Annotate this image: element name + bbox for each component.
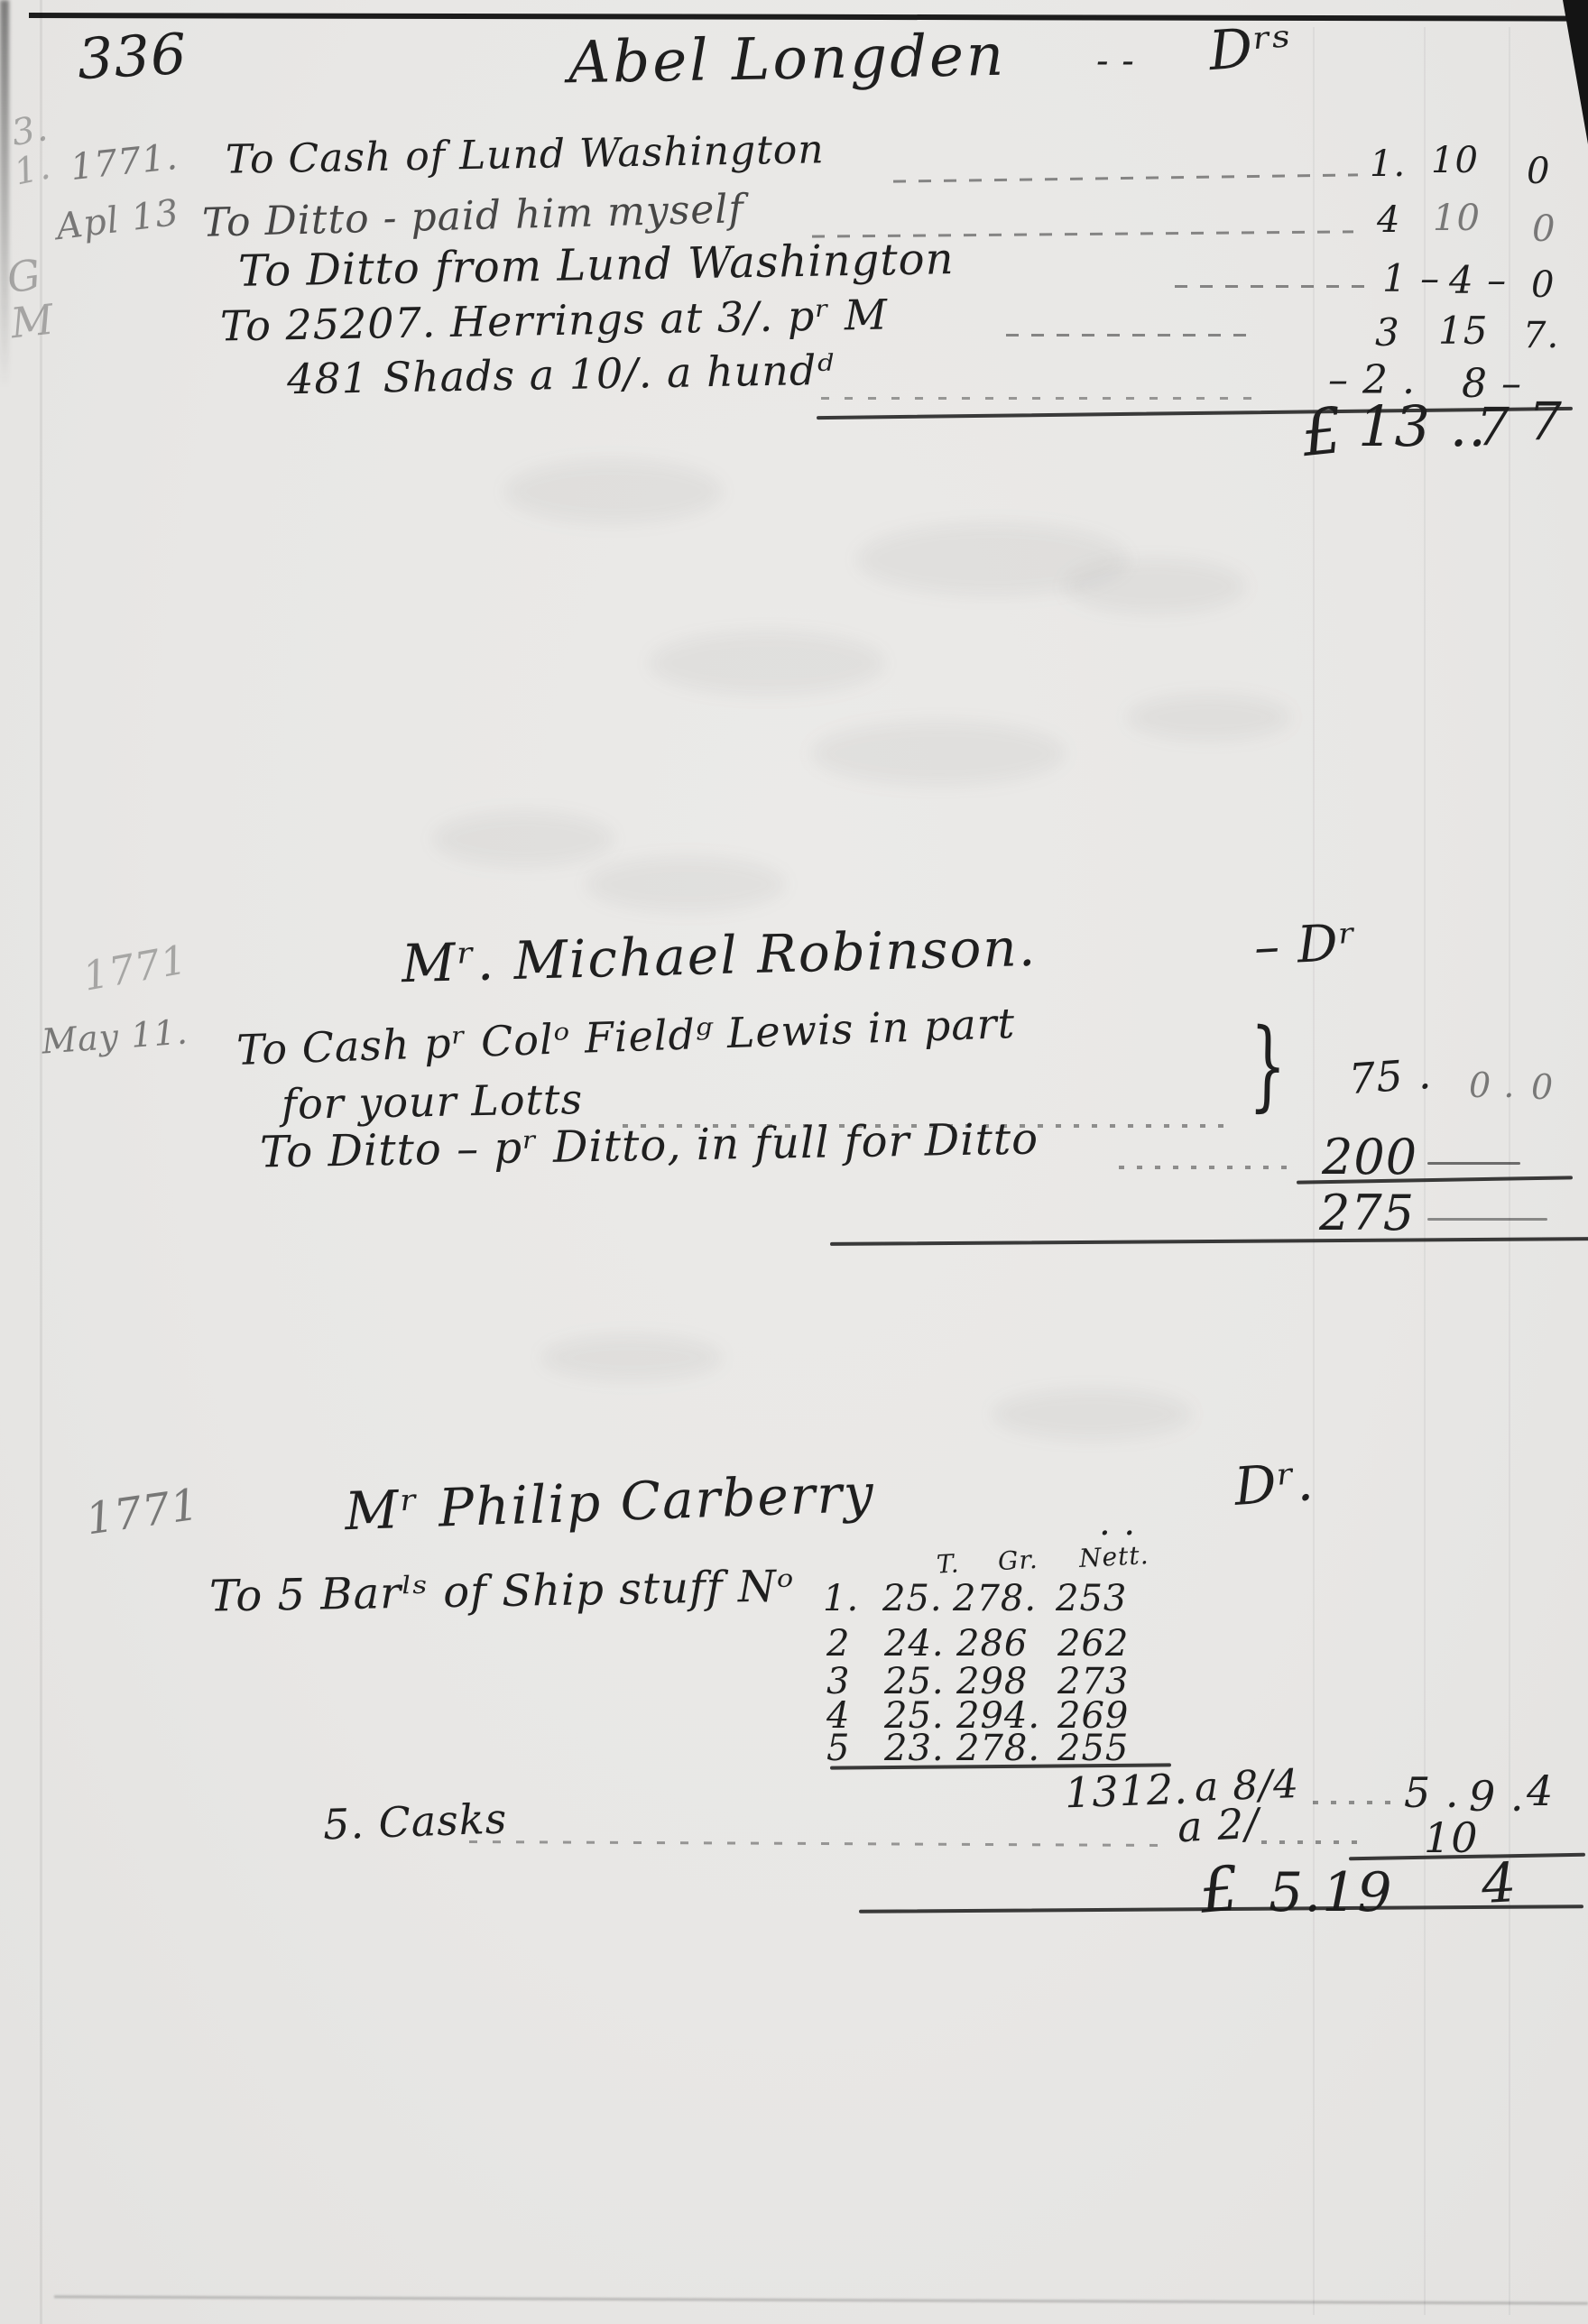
ink-smudge [505, 460, 722, 523]
weights-row-tare: 24. [884, 1626, 945, 1662]
amount-pence: 4 [1527, 1770, 1554, 1812]
weights-header-nett: Nett. [1078, 1543, 1149, 1572]
leader-line [1119, 1166, 1299, 1169]
entry-desc: To 25207. Herrings at 3/. pʳ M [220, 294, 889, 347]
leader-line [1261, 1840, 1361, 1844]
total-pounds: 275 [1319, 1189, 1415, 1238]
account-year: 1771 [83, 1482, 202, 1541]
weights-row-gross: 286 [956, 1626, 1028, 1662]
amount-pounds: 4 [1377, 202, 1400, 238]
amount-pounds: 1 – [1382, 260, 1440, 298]
amount-shillings: 0 . [1469, 1068, 1515, 1102]
entry-desc: 5. Casks [322, 1797, 508, 1845]
title-dash: . . [1099, 1505, 1136, 1541]
weights-row-tare: 23. [884, 1730, 945, 1766]
debit-mark: Dʳ. [1233, 1455, 1316, 1513]
ink-smudge [586, 857, 785, 911]
blank-dash [1427, 1162, 1520, 1165]
page-corner-shadow [1563, 0, 1588, 144]
weights-row-gross: 278. [953, 1581, 1037, 1617]
account-title-robinson: Mʳ. Michael Robinson. [401, 921, 1037, 990]
weights-row-nett: 255 [1057, 1730, 1129, 1766]
weights-row-num: 5 [826, 1730, 850, 1766]
amount-shillings: 9 . [1469, 1775, 1525, 1817]
amount-pounds: 1. [1370, 146, 1406, 182]
total-rule [830, 1237, 1588, 1246]
ink-smudge [992, 1389, 1191, 1439]
total-pounds: 13 .. [1358, 399, 1487, 455]
amount-shillings: 15 [1438, 312, 1488, 350]
weights-row-nett: 262 [1057, 1626, 1129, 1662]
amount-pence: 0 [1527, 153, 1550, 189]
weights-row-nett: 253 [1056, 1581, 1127, 1617]
amount-shillings: 4 – [1449, 262, 1507, 300]
currency-sign: £ [1298, 399, 1346, 466]
paper-bottom-edge [54, 2295, 1588, 2304]
curly-brace: } [1249, 1017, 1288, 1117]
amount-shillings: 10 [1424, 1817, 1479, 1858]
weights-row-num: 1. [823, 1581, 859, 1617]
weights-sum: 1312. [1064, 1768, 1188, 1814]
amount-shillings: 10 [1433, 200, 1481, 236]
amount-pence: 0 [1531, 1070, 1554, 1104]
weights-row-gross: 278. [956, 1730, 1040, 1766]
entry-date: Apl 13 [54, 195, 181, 245]
weights-row-tare: 25. [882, 1581, 943, 1617]
amount-pounds: 75 . [1348, 1053, 1434, 1100]
leader-line [893, 173, 1358, 182]
total-pence: 4 [1480, 1856, 1518, 1912]
ink-smudge [650, 632, 884, 695]
ink-smudge [433, 812, 614, 866]
ink-smudge [1065, 559, 1245, 613]
amount-pounds: 3 [1375, 314, 1400, 352]
money-column-rule [1424, 27, 1426, 2315]
amount-pence: 0 [1532, 211, 1556, 247]
entry-desc-line2: for your Lotts [282, 1078, 584, 1125]
ink-smudge [812, 722, 1065, 785]
entry-desc: 481 Shads a 10/. a hundᵈ [287, 349, 835, 401]
amount-pence: 0 [1531, 267, 1555, 303]
amount-pounds: 5 . [1404, 1772, 1460, 1813]
entry-desc: To 5 Barˡˢ of Ship stuff Nᵒ [209, 1564, 795, 1618]
account-title-carberry: Mʳ Philip Carberry [344, 1467, 876, 1537]
weights-row-gross: 298 [956, 1664, 1028, 1700]
leader-line [1175, 285, 1364, 288]
entry-date: May 11. [41, 1014, 189, 1058]
weights-row-num: 3 [826, 1664, 850, 1700]
blank-dash [1427, 1218, 1547, 1221]
leader-line [1313, 1801, 1394, 1804]
total-amount: 5.19 [1269, 1866, 1393, 1920]
leader-line [821, 397, 1263, 400]
total-shillings: 7 [1476, 401, 1510, 453]
entry-desc: To Ditto – pʳ Ditto, in full for Ditto [260, 1117, 1039, 1174]
currency-sign: £ [1197, 1858, 1242, 1923]
account-title-longden: Abel Longden [568, 27, 1006, 92]
casks-rate: a 2/ [1177, 1803, 1260, 1849]
entry-desc: To Cash of Lund Washington [226, 130, 825, 180]
weights-row-nett: 273 [1057, 1664, 1129, 1700]
page-top-edge [29, 13, 1588, 22]
page-number: 336 [76, 26, 188, 88]
account-year: 1771 [80, 940, 190, 997]
entry-desc-line1: To Cash pʳ Colᵒ Fieldᵍ Lewis in part [235, 1002, 1015, 1071]
ink-smudge [1128, 695, 1290, 740]
amount-shillings: 10 [1431, 143, 1479, 179]
title-dash: - - [1096, 43, 1135, 79]
entry-date: 1771. [69, 139, 180, 186]
ledger-page: 3. 1. G M 336 Abel Longden - - Dʳˢ 1771.… [0, 0, 1588, 2324]
entry-desc: To Ditto - paid him myself [202, 189, 745, 244]
weights-header-tare: T. [936, 1551, 960, 1577]
page-left-shadow [0, 0, 9, 388]
amount-pence: 7. [1523, 318, 1559, 354]
margin-mark: M [9, 299, 57, 345]
debit-mark: Dʳˢ [1207, 19, 1294, 78]
money-column-rule [1313, 27, 1315, 2315]
weights-row-tare: 25. [884, 1664, 945, 1700]
entry-desc: To Ditto from Lund Washington [238, 237, 955, 293]
weights-header-gross: Gr. [997, 1547, 1039, 1574]
leader-line [1006, 334, 1259, 337]
leader-line [469, 1840, 1159, 1847]
total-pence: 7 [1528, 395, 1563, 447]
margin-mark: 1. [11, 148, 54, 190]
ink-smudge [541, 1335, 722, 1380]
margin-mark: G [5, 254, 44, 300]
weights-row-num: 2 [826, 1626, 850, 1662]
amount-pounds: 200 [1322, 1133, 1417, 1182]
paper-left-edge [40, 0, 42, 2324]
debit-mark: – Dʳ [1253, 918, 1359, 973]
